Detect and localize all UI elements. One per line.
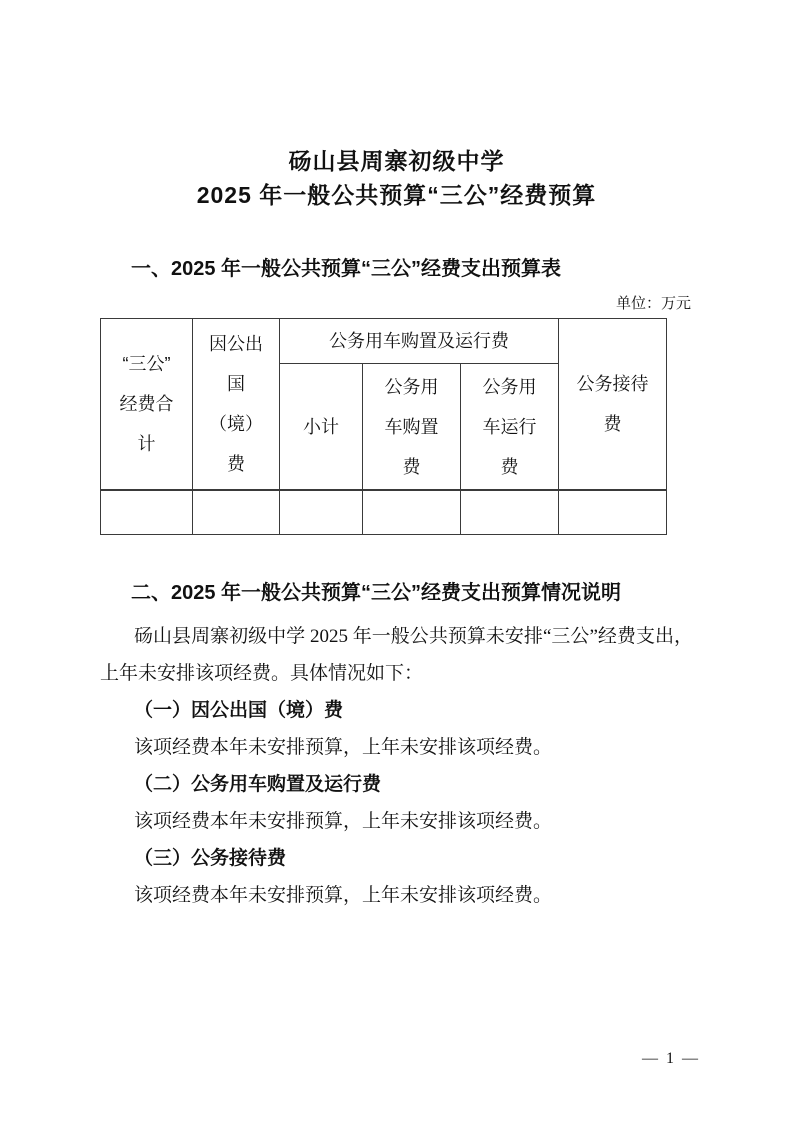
col-header-vehicle-group: 公务用车购置及运行费 bbox=[280, 319, 559, 364]
three-public-budget-table: “三公”经费合计 因公出国（境）费 公务用车购置及运行费 公务接待费 小计 公务… bbox=[100, 318, 667, 535]
col-header-abroad-fee: 因公出国（境）费 bbox=[193, 319, 280, 491]
page-number: — 1 — bbox=[642, 1049, 700, 1069]
section1-heading: 一、2025 年一般公共预算“三公”经费支出预算表 bbox=[100, 256, 693, 282]
cell-abroad-fee bbox=[193, 490, 280, 535]
cell-vehicle-purchase bbox=[363, 490, 461, 535]
col-header-three-public-total: “三公”经费合计 bbox=[101, 319, 193, 491]
col-header-vehicle-purchase: 公务用车购置费 bbox=[363, 364, 461, 491]
item1-heading: （一）因公出国（境）费 bbox=[100, 692, 693, 729]
item2-heading: （二）公务用车购置及运行费 bbox=[100, 766, 693, 803]
table-header-row-1: “三公”经费合计 因公出国（境）费 公务用车购置及运行费 公务接待费 bbox=[101, 319, 667, 364]
item3-body: 该项经费本年未安排预算，上年未安排该项经费。 bbox=[100, 877, 693, 914]
cell-reception-fee bbox=[559, 490, 667, 535]
col-header-reception-fee: 公务接待费 bbox=[559, 319, 667, 491]
table-unit-note: 单位：万元 bbox=[100, 294, 693, 314]
section2-intro-paragraph: 砀山县周寨初级中学 2025 年一般公共预算未安排“三公”经费支出，上年未安排该… bbox=[100, 618, 693, 692]
section2-heading: 二、2025 年一般公共预算“三公”经费支出预算情况说明 bbox=[100, 580, 693, 606]
section2-narrative: 砀山县周寨初级中学 2025 年一般公共预算未安排“三公”经费支出，上年未安排该… bbox=[100, 618, 693, 914]
cell-vehicle-subtotal bbox=[280, 490, 363, 535]
col-header-vehicle-subtotal: 小计 bbox=[280, 364, 363, 491]
item3-heading: （三）公务接待费 bbox=[100, 840, 693, 877]
col-header-vehicle-operation: 公务用车运行费 bbox=[461, 364, 559, 491]
doc-title-line1: 砀山县周寨初级中学 bbox=[100, 144, 693, 178]
document-page: 砀山县周寨初级中学 2025 年一般公共预算“三公”经费预算 一、2025 年一… bbox=[0, 0, 793, 1122]
doc-title-line2: 2025 年一般公共预算“三公”经费预算 bbox=[100, 178, 693, 212]
item1-body: 该项经费本年未安排预算，上年未安排该项经费。 bbox=[100, 729, 693, 766]
cell-vehicle-operation bbox=[461, 490, 559, 535]
table-data-row bbox=[101, 490, 667, 535]
cell-three-public-total bbox=[101, 490, 193, 535]
item2-body: 该项经费本年未安排预算，上年未安排该项经费。 bbox=[100, 803, 693, 840]
